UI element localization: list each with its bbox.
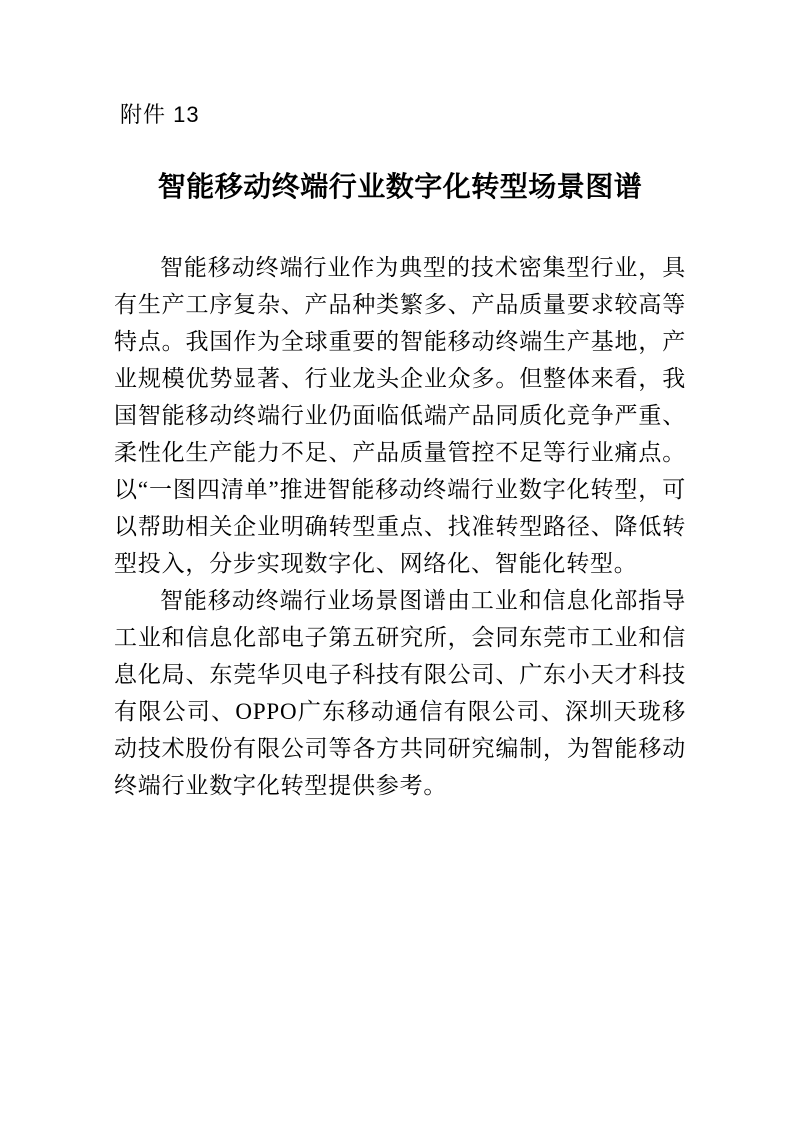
- document-title: 智能移动终端行业数字化转型场景图谱: [0, 170, 800, 206]
- document-body: 智能移动终端行业作为典型的技术密集型行业，具有生产工序复杂、产品种类繁多、产品质…: [114, 249, 686, 804]
- paragraph-industry-overview: 智能移动终端行业作为典型的技术密集型行业，具有生产工序复杂、产品种类繁多、产品质…: [114, 249, 686, 582]
- document-page: 附件 13 智能移动终端行业数字化转型场景图谱 智能移动终端行业作为典型的技术密…: [0, 0, 800, 1131]
- attachment-label: 附件 13: [120, 101, 200, 129]
- paragraph-compilation-credits: 智能移动终端行业场景图谱由工业和信息化部指导工业和信息化部电子第五研究所，会同东…: [114, 582, 686, 804]
